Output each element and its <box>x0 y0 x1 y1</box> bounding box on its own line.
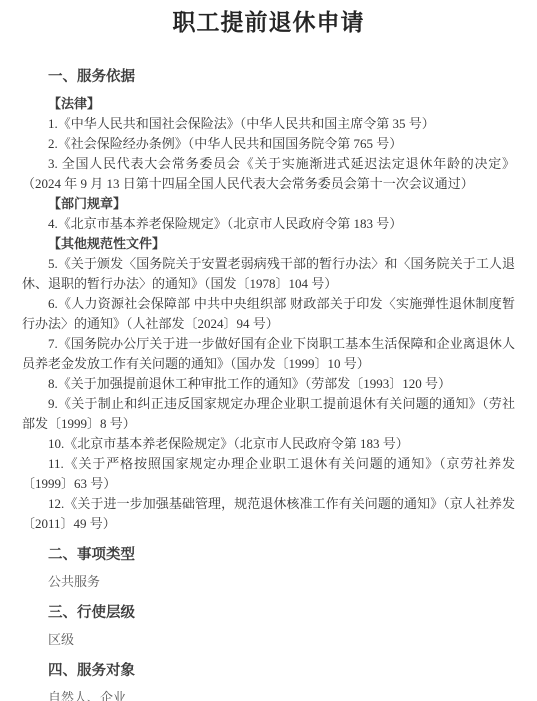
legal-item-3: 3. 全国人民代表大会常务委员会《关于实施渐进式延迟法定退休年龄的决定》（202… <box>22 154 515 194</box>
normative-item-6: 6.《人力资源社会保障部 中共中央组织部 财政部关于印发〈实施弹性退休制度暂行办… <box>22 294 515 334</box>
exercise-level-value: 区级 <box>22 630 515 650</box>
item-type-value: 公共服务 <box>22 572 515 592</box>
document-title: 职工提前退休申请 <box>22 8 515 38</box>
group-label-law: 【法律】 <box>22 94 515 114</box>
regulation-item-4: 4.《北京市基本养老保险规定》（北京市人民政府令第 183 号） <box>22 214 515 234</box>
section-heading-service-basis: 一、服务依据 <box>22 66 515 88</box>
document-title-text: 职工提前退休申请 <box>173 10 365 35</box>
normative-item-5: 5.《关于颁发〈国务院关于安置老弱病残干部的暂行办法〉和〈国务院关于工人退休、退… <box>22 254 515 294</box>
group-label-other-normative-documents: 【其他规范性文件】 <box>22 234 515 254</box>
normative-item-11: 11.《关于严格按照国家规定办理企业职工退休有关问题的通知》（京劳社养发〔199… <box>22 454 515 494</box>
section-heading-exercise-level: 三、行使层级 <box>22 602 515 624</box>
normative-item-8: 8.《关于加强提前退休工种审批工作的通知》（劳部发〔1993〕120 号） <box>22 374 515 394</box>
legal-item-1: 1.《中华人民共和国社会保险法》（中华人民共和国主席令第 35 号） <box>22 114 515 134</box>
normative-item-9: 9.《关于制止和纠正违反国家规定办理企业职工提前退休有关问题的通知》（劳社部发〔… <box>22 394 515 434</box>
normative-item-12: 12.《关于进一步加强基础管理，规范退休核准工作有关问题的通知》（京人社养发〔2… <box>22 494 515 534</box>
section-heading-item-type: 二、事项类型 <box>22 544 515 566</box>
normative-item-7: 7.《国务院办公厅关于进一步做好国有企业下岗职工基本生活保障和企业离退休人员养老… <box>22 334 515 374</box>
service-target-value: 自然人、企业 <box>22 688 515 701</box>
section-heading-service-target: 四、服务对象 <box>22 660 515 682</box>
group-label-department-rules: 【部门规章】 <box>22 194 515 214</box>
document-page: 职工提前退休申请 一、服务依据 【法律】 1.《中华人民共和国社会保险法》（中华… <box>0 0 537 701</box>
normative-item-10: 10.《北京市基本养老保险规定》（北京市人民政府令第 183 号） <box>22 434 515 454</box>
legal-item-2: 2.《社会保险经办条例》（中华人民共和国国务院令第 765 号） <box>22 134 515 154</box>
